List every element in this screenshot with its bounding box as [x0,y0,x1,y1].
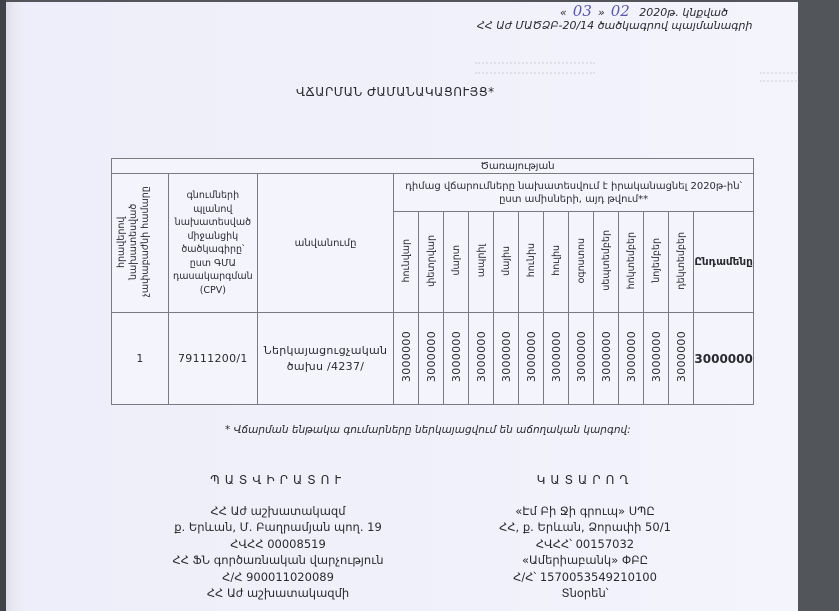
month-header: ապրիլ [469,212,494,313]
customer-line: Հ/Հ 900011020089 [148,569,408,586]
monthly-amount: 3000000 [619,313,644,405]
month-header: հոկտեմբեր [619,212,644,313]
customer-heading: ՊԱՏՎԻՐԱՏՈՒ [148,472,408,489]
payment-schedule-table: Ծառայության հրավերով նախատեսված չափաբաժն… [111,158,754,405]
contractor-line: ՀՎՀՀ՝ 00157032 [455,536,715,553]
customer-line: ՀՎՀՀ 00008519 [148,536,408,553]
customer-line: ՀՀ Աժ աշխատակազմ [148,503,408,520]
monthly-amount: 3000000 [469,313,494,405]
quote-close: » [598,6,605,19]
customer-line: ք. Երևան, Մ. Բաղրամյան պող. 19 [148,519,408,536]
contractor-heading: ԿԱՏԱՐՈՂ [455,472,715,489]
total-amount: 3000000 [694,313,754,405]
contract-date-line: «03»02 2020թ. կնքված [560,2,728,20]
monthly-amount: 3000000 [569,313,594,405]
date-suffix: 2020թ. կնքված [639,6,728,19]
monthly-amount: 3000000 [594,313,619,405]
quote-open: « [560,6,567,19]
name-header: անվանումը [257,174,394,313]
monthly-amount: 3000000 [544,313,569,405]
monthly-amount: 3000000 [519,313,544,405]
table-header-row: հրավերով նախատեսված չափաբաժնի համարը գնո… [112,174,754,212]
table-header-row: Ծառայության [112,159,754,174]
contract-reference: ՀՀ Աժ ՄԱԾՁԲ-20/14 ծածկագրով պայմանագրի [477,19,752,32]
monthly-amount: 3000000 [494,313,519,405]
lot-number-header: հրավերով նախատեսված չափաբաժնի համարը [112,174,169,313]
month-header: փետրվար [419,212,444,313]
monthly-amount: 3000000 [394,313,419,405]
footnote: * Վճարման ենթակա գումարները ներկայացվում… [225,424,631,436]
monthly-amount: 3000000 [419,313,444,405]
service-name: Ներկայացուցչական ծախս /4237/ [257,313,394,405]
contractor-line: «Էմ Բի Ջի գրուպ» ՍՊԸ [455,503,715,520]
show-through-text [760,72,798,82]
customer-line: ՀՀ Աժ աշխատակազմի [148,585,408,602]
show-through-text [475,62,595,74]
contractor-signature-block: ԿԱՏԱՐՈՂ «Էմ Բի Ջի գրուպ» ՍՊԸ ՀՀ, ք. Երևա… [455,472,715,602]
customer-line: ՀՀ ՖՆ գործառնական վարչություն [148,552,408,569]
month-header: մարտ [444,212,469,313]
table-row: 179111200/1Ներկայացուցչական ծախս /4237/3… [112,313,754,405]
month-header: օգոստոս [569,212,594,313]
month-header: դեկտեմբեր [669,212,694,313]
monthly-amount: 3000000 [444,313,469,405]
month-header: մայիս [494,212,519,313]
handwritten-month: 02 [611,2,630,20]
document-title: ՎՃԱՐՄԱՆ ԺԱՄԱՆԱԿԱՑՈՒՅՑ* [296,85,495,99]
monthly-payments-header: դիմաց վճարումները նախատեսվում է իրականաց… [394,174,754,212]
cpv-code-header: գնումների պլանով նախատեսված միջանցիկ ծած… [169,174,258,313]
contractor-line: ՀՀ, ք. Երևան, Ձորափի 50/1 [455,519,715,536]
service-header: Ծառայության [112,159,754,174]
monthly-amount: 3000000 [669,313,694,405]
handwritten-day: 03 [573,2,592,20]
customer-signature-block: ՊԱՏՎԻՐԱՏՈՒ ՀՀ Աժ աշխատակազմ ք. Երևան, Մ.… [148,472,408,602]
contractor-line: Հ/Հ՝ 1570053549210100 [455,569,715,586]
month-header: նոյեմբեր [644,212,669,313]
cpv-code: 79111200/1 [169,313,258,405]
month-header: սեպտեմբեր [594,212,619,313]
month-header: հուլիս [544,212,569,313]
contractor-line: «Ամերիաբանկ» ՓԲԸ [455,552,715,569]
contractor-line: Տնօրեն՝ [455,585,715,602]
total-header: Ընդամենը [694,212,754,313]
month-header: հունվար [394,212,419,313]
monthly-amount: 3000000 [644,313,669,405]
lot-number: 1 [112,313,169,405]
month-header: հունիս [519,212,544,313]
document-page: «03»02 2020թ. կնքված ՀՀ Աժ ՄԱԾՁԲ-20/14 ծ… [6,2,798,611]
